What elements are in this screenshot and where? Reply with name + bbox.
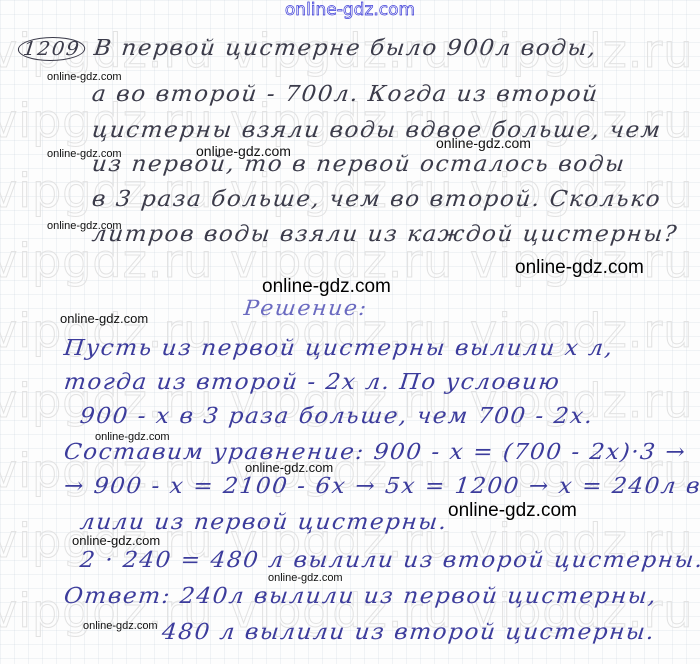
overlay-watermark: online-gdz.com — [245, 460, 333, 475]
overlay-watermark: online-gdz.com — [448, 500, 577, 522]
overlay-watermark: online-gdz.com — [262, 276, 391, 298]
solution-answer-line: Ответ: 240л вылили из первой цистерны, — [63, 584, 659, 609]
solution-line: 2 · 240 = 480 л вылили из второй цистерн… — [79, 548, 700, 573]
overlay-watermark: online-gdz.com — [47, 71, 122, 83]
solution-line: лили из первой цистерны. — [79, 510, 449, 535]
overlay-watermark: online-gdz.com — [268, 572, 343, 584]
overlay-watermark: online-gdz.com — [436, 135, 531, 151]
solution-line: → 900 - х = 2100 - 6х → 5х = 1200 → х = … — [63, 474, 700, 499]
homework-page: vipgdz.ru vipgdz.ru vipgdz.ru vipgdz.ru … — [0, 0, 700, 664]
solution-line: тогда из второй - 2х л. По условию — [63, 370, 562, 395]
overlay-watermark: online-gdz.com — [95, 431, 170, 443]
problem-number: 1209 — [17, 37, 87, 61]
solution-line: 900 - х в 3 раза больше, чем 700 - 2х. — [79, 404, 595, 429]
overlay-watermark: online-gdz.com — [60, 311, 148, 326]
overlay-watermark: online-gdz.com — [47, 148, 122, 160]
problem-line: литров воды взяли из каждой цистерны? — [91, 222, 680, 247]
site-watermark-top: online-gdz.com — [0, 0, 700, 20]
problem-line: а во второй - 700л. Когда из второй — [91, 82, 600, 107]
problem-line: в 3 раза больше, чем во второй. Сколько — [91, 187, 663, 212]
overlay-watermark: online-gdz.com — [83, 620, 158, 632]
overlay-watermark: online-gdz.com — [72, 533, 160, 548]
solution-heading: Решение: — [243, 296, 369, 320]
overlay-watermark: online-gdz.com — [47, 220, 122, 232]
overlay-watermark: online-gdz.com — [515, 257, 644, 279]
overlay-watermark: online-gdz.com — [196, 143, 291, 159]
solution-line: Пусть из первой цистерны вылили х л, — [63, 336, 615, 361]
problem-line: из первой, то в первой осталось воды — [91, 152, 627, 177]
solution-line: Составим уравнение: 900 - х = (700 - 2х)… — [63, 440, 688, 465]
problem-line: цистерны взяли воды вдвое больше, чем — [91, 118, 663, 143]
solution-answer-line: 480 л вылили из второй цистерны. — [161, 620, 657, 645]
problem-line: 1209В первой цистерне было 900л воды, — [17, 36, 599, 61]
